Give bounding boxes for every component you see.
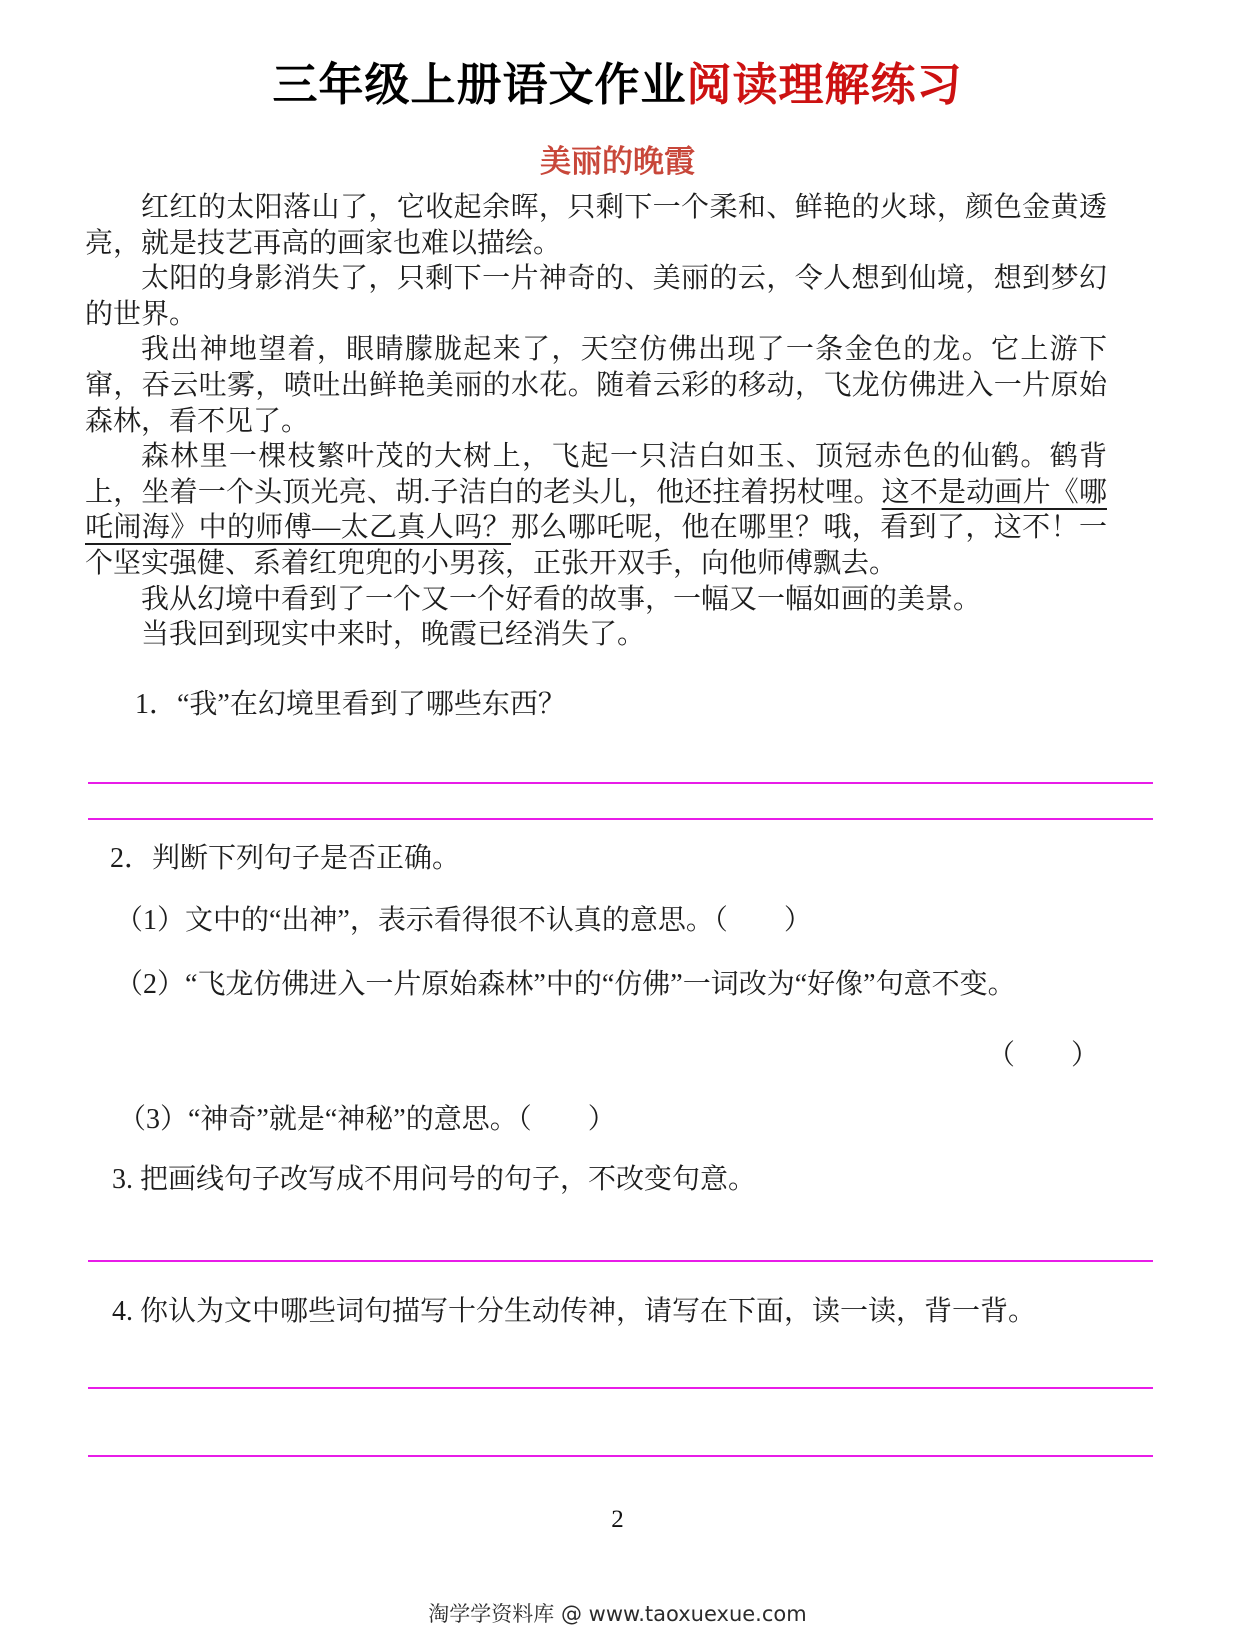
passage-title: 美丽的晚霞 — [0, 136, 1235, 181]
passage-paragraph-6: 当我回到现实中来时，晚霞已经消失了。 — [85, 617, 1107, 653]
answer-line-2 — [88, 818, 1153, 820]
answer-line-3 — [88, 1260, 1153, 1262]
passage-paragraph-3: 我出神地望着，眼睛朦胧起来了，天空仿佛出现了一条金色的龙。它上游下窜，吞云吐雾，… — [85, 332, 1107, 439]
page-title-red: 阅读理解练习 — [687, 59, 963, 110]
passage-paragraph-4: 森林里一棵枝繁叶茂的大树上，飞起一只洁白如玉、顶冠赤色的仙鹤。鹤背上，坐着一个头… — [85, 439, 1107, 581]
question-1: 1．“我”在幻境里看到了哪些东西？ — [135, 688, 566, 722]
question-2-item-1: （1）文中的“出神”，表示看得很不认真的意思。（ ） — [115, 904, 812, 938]
question-2: 2．判断下列句子是否正确。 — [110, 842, 460, 876]
question-4: 4. 你认为文中哪些词句描写十分生动传神，请写在下面，读一读，背一背。 — [112, 1295, 1036, 1329]
passage-paragraph-5: 我从幻境中看到了一个又一个好看的故事，一幅又一幅如画的美景。 — [85, 582, 1107, 618]
question-2-item-2: （2）“飞龙仿佛进入一片原始森林”中的“仿佛”一词改为“好像”句意不变。 — [115, 968, 1016, 1002]
question-3: 3. 把画线句子改写成不用问号的句子，不改变句意。 — [112, 1163, 756, 1197]
passage-paragraph-2: 太阳的身影消失了，只剩下一片神奇的、美丽的云，令人想到仙境，想到梦幻的世界。 — [85, 261, 1107, 332]
worksheet-page: 三年级上册语文作业阅读理解练习 美丽的晚霞 红红的太阳落山了，它收起余晖，只剩下… — [0, 0, 1235, 1631]
footer-watermark: 淘学学资料库 @ www.taoxuexue.com — [0, 1598, 1235, 1628]
reading-passage: 红红的太阳落山了，它收起余晖，只剩下一个柔和、鲜艳的火球，颜色金黄透亮，就是技艺… — [85, 190, 1107, 653]
passage-paragraph-1: 红红的太阳落山了，它收起余晖，只剩下一个柔和、鲜艳的火球，颜色金黄透亮，就是技艺… — [85, 190, 1107, 261]
question-2-item-2-answer-parentheses: （ ） — [85, 1033, 1107, 1073]
page-number: 2 — [0, 1506, 1235, 1534]
page-title: 三年级上册语文作业阅读理解练习 — [0, 48, 1235, 113]
answer-line-1 — [88, 782, 1153, 784]
answer-line-5 — [88, 1455, 1153, 1457]
page-title-black: 三年级上册语文作业 — [272, 59, 686, 110]
answer-line-4 — [88, 1387, 1153, 1389]
question-2-item-3: （3）“神奇”就是“神秘”的意思。（ ） — [118, 1103, 616, 1137]
